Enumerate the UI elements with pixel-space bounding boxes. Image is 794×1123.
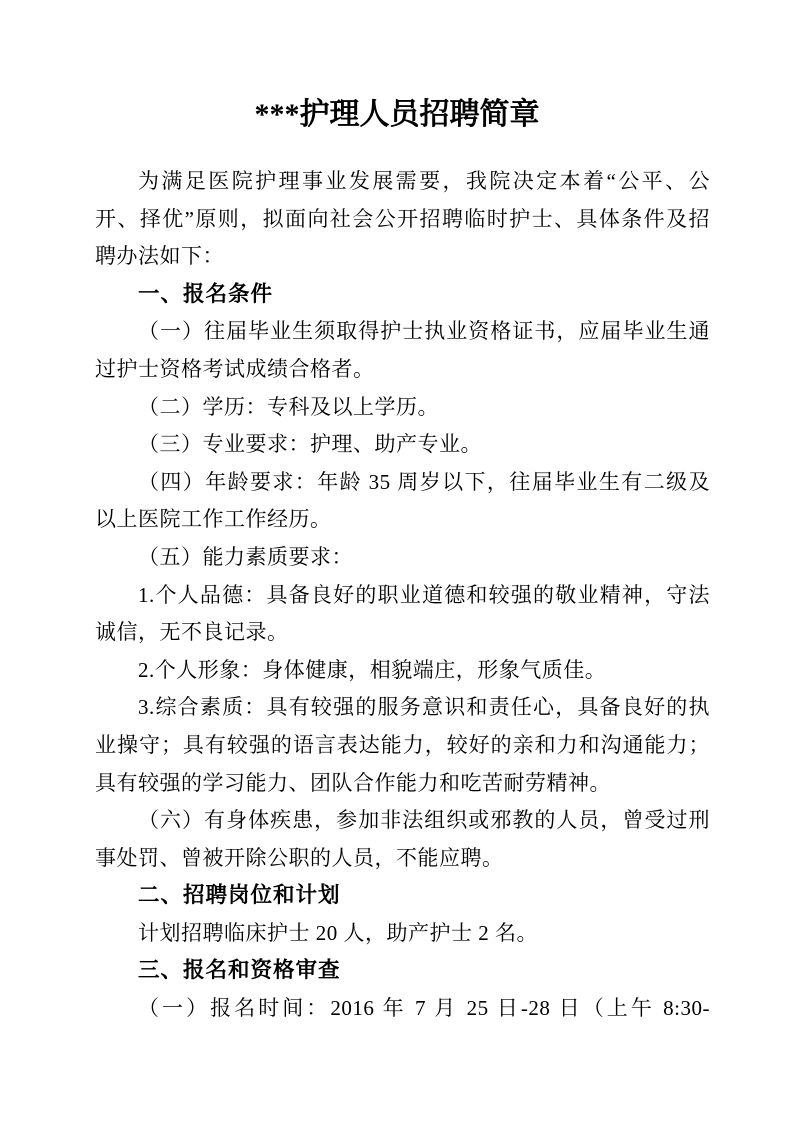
doc-line: 2.个人形象：身体健康，相貌端庄，形象气质佳。 (95, 652, 710, 690)
doc-line: 事处罚、曾被开除公职的人员，不能应聘。 (95, 840, 710, 878)
section-heading: 一、报名条件 (95, 276, 710, 314)
section-heading: 二、招聘岗位和计划 (95, 877, 710, 915)
section-heading: 三、报名和资格审查 (95, 952, 710, 990)
document-title: ***护理人员招聘简章 (0, 93, 794, 137)
doc-line: 3.综合素质：具有较强的服务意识和责任心，具备良好的执 (95, 689, 710, 727)
doc-line: 业操守；具有较强的语言表达能力，较好的亲和力和沟通能力； (95, 727, 710, 765)
doc-line: （三）专业要求：护理、助产专业。 (95, 426, 710, 464)
doc-line: 以上医院工作工作经历。 (95, 501, 710, 539)
doc-line: （一）往届毕业生须取得护士执业资格证书，应届毕业生通 (95, 313, 710, 351)
doc-line: （六）有身体疾患，参加非法组织或邪教的人员，曾受过刑 (95, 802, 710, 840)
doc-line: 计划招聘临床护士 20 人，助产护士 2 名。 (95, 915, 710, 953)
doc-line: （二）学历：专科及以上学历。 (95, 389, 710, 427)
doc-line: 诚信，无不良记录。 (95, 614, 710, 652)
doc-line: 聘办法如下： (95, 238, 710, 276)
document-page: ***护理人员招聘简章 为满足医院护理事业发展需要，我院决定本着“公平、公开、择… (0, 0, 794, 1123)
doc-line: （五）能力素质要求： (95, 539, 710, 577)
doc-line: 具有较强的学习能力、团队合作能力和吃苦耐劳精神。 (95, 765, 710, 803)
doc-line: （一）报名时间：2016 年 7 月 25 日-28 日（上午 8:30- (95, 990, 710, 1028)
doc-line: 开、择优”原则，拟面向社会公开招聘临时护士、具体条件及招 (95, 201, 710, 239)
doc-line: 1.个人品德：具备良好的职业道德和较强的敬业精神，守法 (95, 577, 710, 615)
document-body: 为满足医院护理事业发展需要，我院决定本着“公平、公开、择优”原则，拟面向社会公开… (95, 163, 710, 1028)
doc-line: （四）年龄要求：年龄 35 周岁以下，往届毕业生有二级及 (95, 464, 710, 502)
doc-line: 过护士资格考试成绩合格者。 (95, 351, 710, 389)
doc-line: 为满足医院护理事业发展需要，我院决定本着“公平、公 (95, 163, 710, 201)
